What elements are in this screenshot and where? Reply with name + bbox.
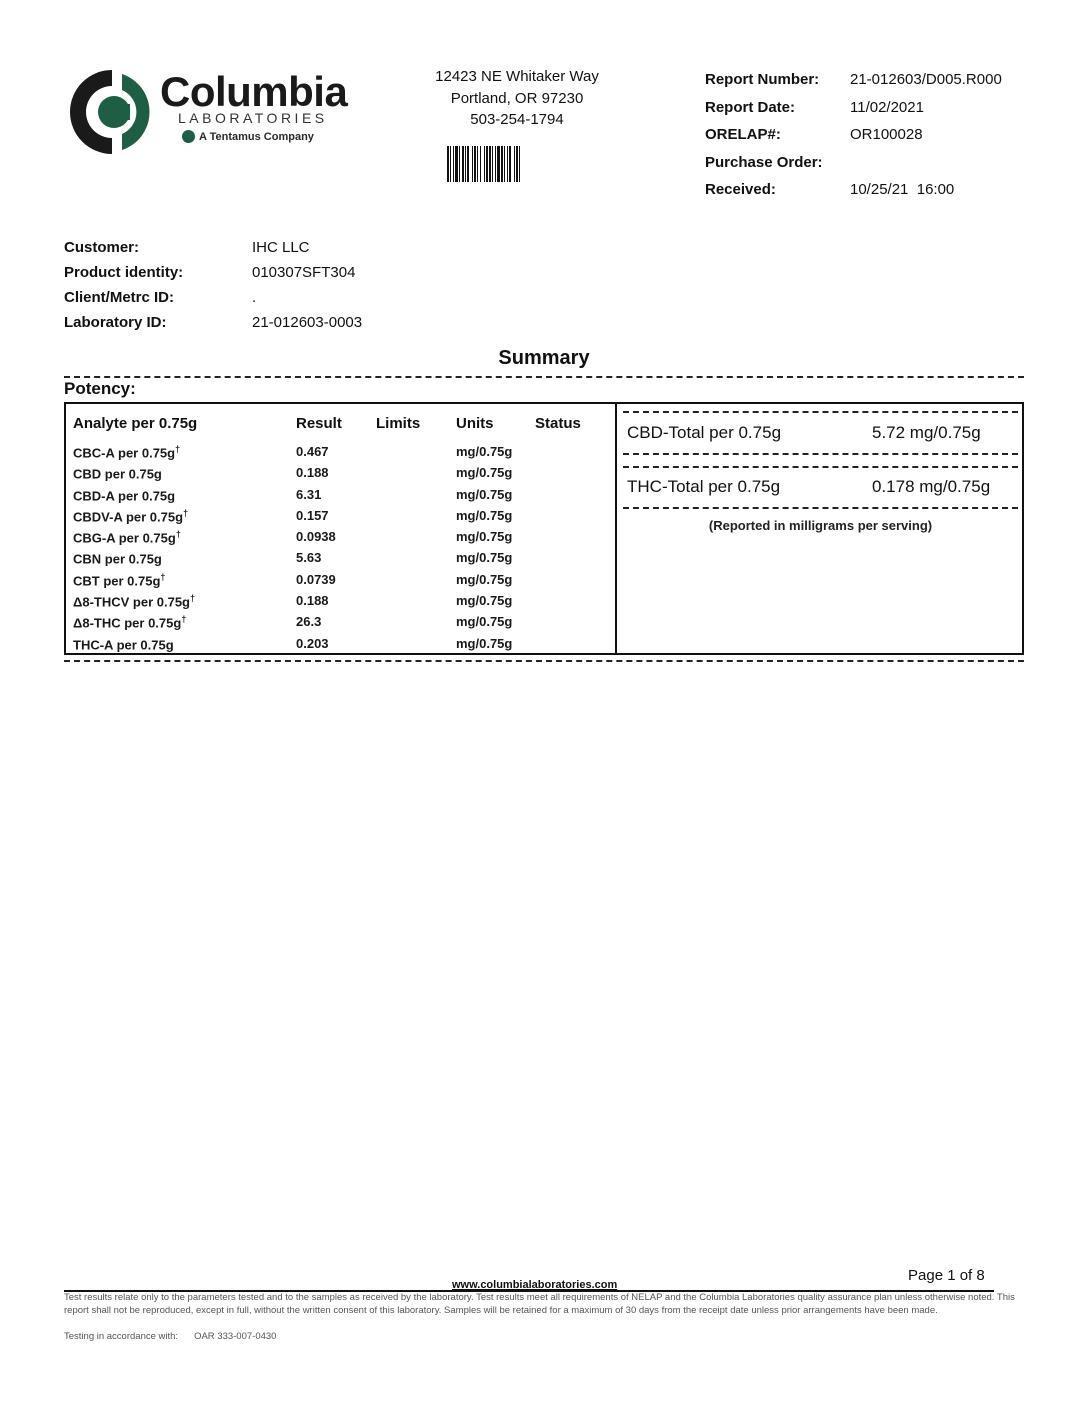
table-row: CBD-A per 0.75g6.31mg/0.75g <box>66 484 615 505</box>
cell-analyte: Δ8-THCV per 0.75g† <box>73 593 195 609</box>
potency-table: Analyte per 0.75g Result Limits Units St… <box>64 402 1024 655</box>
lab-address: 12423 NE Whitaker Way Portland, OR 97230… <box>410 66 624 131</box>
cell-analyte-text: CBD per 0.75g <box>73 467 162 482</box>
cell-analyte-text: CBC-A per 0.75g <box>73 445 175 460</box>
report-info-row: Received:10/25/21 16:00 <box>705 176 1002 204</box>
page-number: Page 1 of 8 <box>908 1267 985 1284</box>
divider <box>64 660 1024 662</box>
customer-info-value: 010307SFT304 <box>252 264 355 281</box>
cell-units-text: mg/0.75g <box>456 550 512 565</box>
divider <box>623 411 1018 413</box>
customer-info-value: . <box>252 289 256 306</box>
customer-info: Customer:IHC LLCProduct identity:010307S… <box>64 235 362 335</box>
cell-result-text: 0.157 <box>296 508 329 523</box>
cell-result: 26.3 <box>296 614 321 629</box>
table-row: CBC-A per 0.75g†0.467mg/0.75g <box>66 441 615 462</box>
table-row: CBD per 0.75g0.188mg/0.75g <box>66 462 615 483</box>
report-info-row: Report Number:21-012603/D005.R000 <box>705 66 1002 94</box>
table-row: THC-A per 0.75g0.203mg/0.75g <box>66 633 615 654</box>
cell-units-text: mg/0.75g <box>456 487 512 502</box>
table-row: CBG-A per 0.75g†0.0938mg/0.75g <box>66 526 615 547</box>
cell-analyte: CBC-A per 0.75g† <box>73 444 180 460</box>
cell-units-text: mg/0.75g <box>456 508 512 523</box>
table-row: Δ8-THC per 0.75g†26.3mg/0.75g <box>66 611 615 632</box>
logo-subtitle: LABORATORIES <box>178 110 328 126</box>
cell-units: mg/0.75g <box>456 636 512 651</box>
cell-result: 0.467 <box>296 444 329 459</box>
barcode <box>447 146 571 184</box>
tentamus-icon <box>182 130 195 143</box>
address-street: 12423 NE Whitaker Way <box>410 66 624 88</box>
cell-analyte-text: THC-A per 0.75g <box>73 637 174 652</box>
customer-info-label: Product identity: <box>64 264 252 281</box>
summary-title: Summary <box>0 347 1088 370</box>
cell-units-text: mg/0.75g <box>456 572 512 587</box>
cell-result-text: 0.0739 <box>296 572 336 587</box>
table-body: CBC-A per 0.75g†0.467mg/0.75gCBD per 0.7… <box>66 441 615 654</box>
totals-panel: CBD-Total per 0.75g 5.72 mg/0.75g THC-To… <box>619 404 1022 653</box>
disclaimer: Test results relate only to the paramete… <box>64 1292 1024 1317</box>
report-info-row: ORELAP#:OR100028 <box>705 121 1002 149</box>
cell-analyte-text: Δ8-THCV per 0.75g <box>73 594 190 609</box>
total-cbd-label: CBD-Total per 0.75g <box>627 423 781 443</box>
cell-analyte-text: CBN per 0.75g <box>73 552 162 567</box>
cell-units-text: mg/0.75g <box>456 636 512 651</box>
customer-info-label: Client/Metrc ID: <box>64 289 252 306</box>
cell-analyte-text: Δ8-THC per 0.75g <box>73 616 181 631</box>
cell-units: mg/0.75g <box>456 487 512 502</box>
dagger-mark: † <box>183 508 188 518</box>
cell-result-text: 5.63 <box>296 550 321 565</box>
testing-accordance: Testing in accordance with:OAR 333-007-0… <box>64 1331 276 1342</box>
cell-result-text: 26.3 <box>296 614 321 629</box>
report-info-label: ORELAP#: <box>705 126 850 143</box>
report-info-label: Report Date: <box>705 99 850 116</box>
cell-result: 0.203 <box>296 636 329 651</box>
report-info-value: 11/02/2021 <box>850 99 924 116</box>
cell-analyte-text: CBT per 0.75g <box>73 573 160 588</box>
cell-analyte: CBN per 0.75g <box>73 550 162 566</box>
dagger-mark: † <box>176 529 181 539</box>
cell-analyte-text: CBD-A per 0.75g <box>73 488 175 503</box>
cell-units: mg/0.75g <box>456 529 512 544</box>
cell-units: mg/0.75g <box>456 508 512 523</box>
cell-analyte: CBD per 0.75g <box>73 465 162 481</box>
cell-result: 0.188 <box>296 465 329 480</box>
cell-result-text: 0.203 <box>296 636 329 651</box>
cell-result-text: 0.467 <box>296 444 329 459</box>
total-thc-label: THC-Total per 0.75g <box>627 477 780 497</box>
report-info-value: OR100028 <box>850 126 923 143</box>
cell-units: mg/0.75g <box>456 444 512 459</box>
table-row: CBT per 0.75g†0.0739mg/0.75g <box>66 569 615 590</box>
divider <box>623 507 1018 509</box>
cell-analyte-text: CBG-A per 0.75g <box>73 531 176 546</box>
cell-analyte: CBDV-A per 0.75g† <box>73 508 188 524</box>
cell-units: mg/0.75g <box>456 593 512 608</box>
report-info-label: Received: <box>705 181 850 198</box>
report-info-label: Purchase Order: <box>705 154 850 171</box>
cell-units-text: mg/0.75g <box>456 444 512 459</box>
reported-note: (Reported in milligrams per serving) <box>619 518 1022 533</box>
logo-tagline-text: A Tentamus Company <box>199 131 314 143</box>
cell-result-text: 0.188 <box>296 465 329 480</box>
cell-result-text: 0.188 <box>296 593 329 608</box>
dagger-mark: † <box>181 614 186 624</box>
cell-result: 0.188 <box>296 593 329 608</box>
divider <box>623 466 1018 468</box>
cell-analyte: CBD-A per 0.75g <box>73 487 175 503</box>
report-info: Report Number:21-012603/D005.R000Report … <box>705 66 1002 204</box>
cell-result: 0.0938 <box>296 529 336 544</box>
cell-result: 0.0739 <box>296 572 336 587</box>
divider <box>64 376 1024 378</box>
cell-result: 0.157 <box>296 508 329 523</box>
divider <box>623 453 1018 455</box>
table-row: CBDV-A per 0.75g†0.157mg/0.75g <box>66 505 615 526</box>
customer-info-label: Laboratory ID: <box>64 314 252 331</box>
header-result: Result <box>296 415 342 432</box>
cell-analyte-text: CBDV-A per 0.75g <box>73 509 183 524</box>
cell-result-text: 0.0938 <box>296 529 336 544</box>
table-row: CBN per 0.75g5.63mg/0.75g <box>66 547 615 568</box>
total-thc-value: 0.178 mg/0.75g <box>872 477 990 497</box>
address-city: Portland, OR 97230 <box>410 88 624 110</box>
cell-analyte: Δ8-THC per 0.75g† <box>73 614 186 630</box>
cell-analyte: CBG-A per 0.75g† <box>73 529 181 545</box>
header-analyte: Analyte per 0.75g <box>73 415 197 432</box>
customer-info-value: 21-012603-0003 <box>252 314 362 331</box>
customer-info-row: Customer:IHC LLC <box>64 235 362 260</box>
header-status: Status <box>535 415 581 432</box>
dagger-mark: † <box>160 572 165 582</box>
report-info-row: Purchase Order: <box>705 149 1002 177</box>
cell-units: mg/0.75g <box>456 465 512 480</box>
cell-units-text: mg/0.75g <box>456 593 512 608</box>
total-cbd-value: 5.72 mg/0.75g <box>872 423 981 443</box>
report-info-value: 21-012603/D005.R000 <box>850 71 1002 88</box>
testing-value: OAR 333-007-0430 <box>194 1331 276 1342</box>
logo-company-name: Columbia <box>160 68 347 116</box>
cell-analyte: CBT per 0.75g† <box>73 572 165 588</box>
cell-units-text: mg/0.75g <box>456 614 512 629</box>
report-info-row: Report Date:11/02/2021 <box>705 94 1002 122</box>
cell-result: 6.31 <box>296 487 321 502</box>
company-logo: Columbia LABORATORIES A Tentamus Company <box>66 66 346 166</box>
dagger-mark: † <box>175 444 180 454</box>
header-units: Units <box>456 415 494 432</box>
customer-info-row: Laboratory ID:21-012603-0003 <box>64 310 362 335</box>
cell-units: mg/0.75g <box>456 550 512 565</box>
header-limits: Limits <box>376 415 420 432</box>
report-info-label: Report Number: <box>705 71 850 88</box>
testing-label: Testing in accordance with: <box>64 1331 178 1342</box>
customer-info-value: IHC LLC <box>252 239 310 256</box>
cell-units-text: mg/0.75g <box>456 465 512 480</box>
customer-info-row: Product identity:010307SFT304 <box>64 260 362 285</box>
customer-info-label: Customer: <box>64 239 252 256</box>
customer-info-row: Client/Metrc ID:. <box>64 285 362 310</box>
address-phone: 503-254-1794 <box>410 109 624 131</box>
columbia-logo-icon <box>66 66 158 158</box>
cell-units-text: mg/0.75g <box>456 529 512 544</box>
potency-label: Potency: <box>64 379 136 399</box>
cell-analyte: THC-A per 0.75g <box>73 636 174 652</box>
cell-result-text: 6.31 <box>296 487 321 502</box>
logo-tagline: A Tentamus Company <box>182 130 314 143</box>
dagger-mark: † <box>190 593 195 603</box>
cell-units: mg/0.75g <box>456 614 512 629</box>
analyte-table: Analyte per 0.75g Result Limits Units St… <box>66 404 617 653</box>
report-info-value: 10/25/21 16:00 <box>850 181 954 198</box>
cell-result: 5.63 <box>296 550 321 565</box>
table-row: Δ8-THCV per 0.75g†0.188mg/0.75g <box>66 590 615 611</box>
cell-units: mg/0.75g <box>456 572 512 587</box>
